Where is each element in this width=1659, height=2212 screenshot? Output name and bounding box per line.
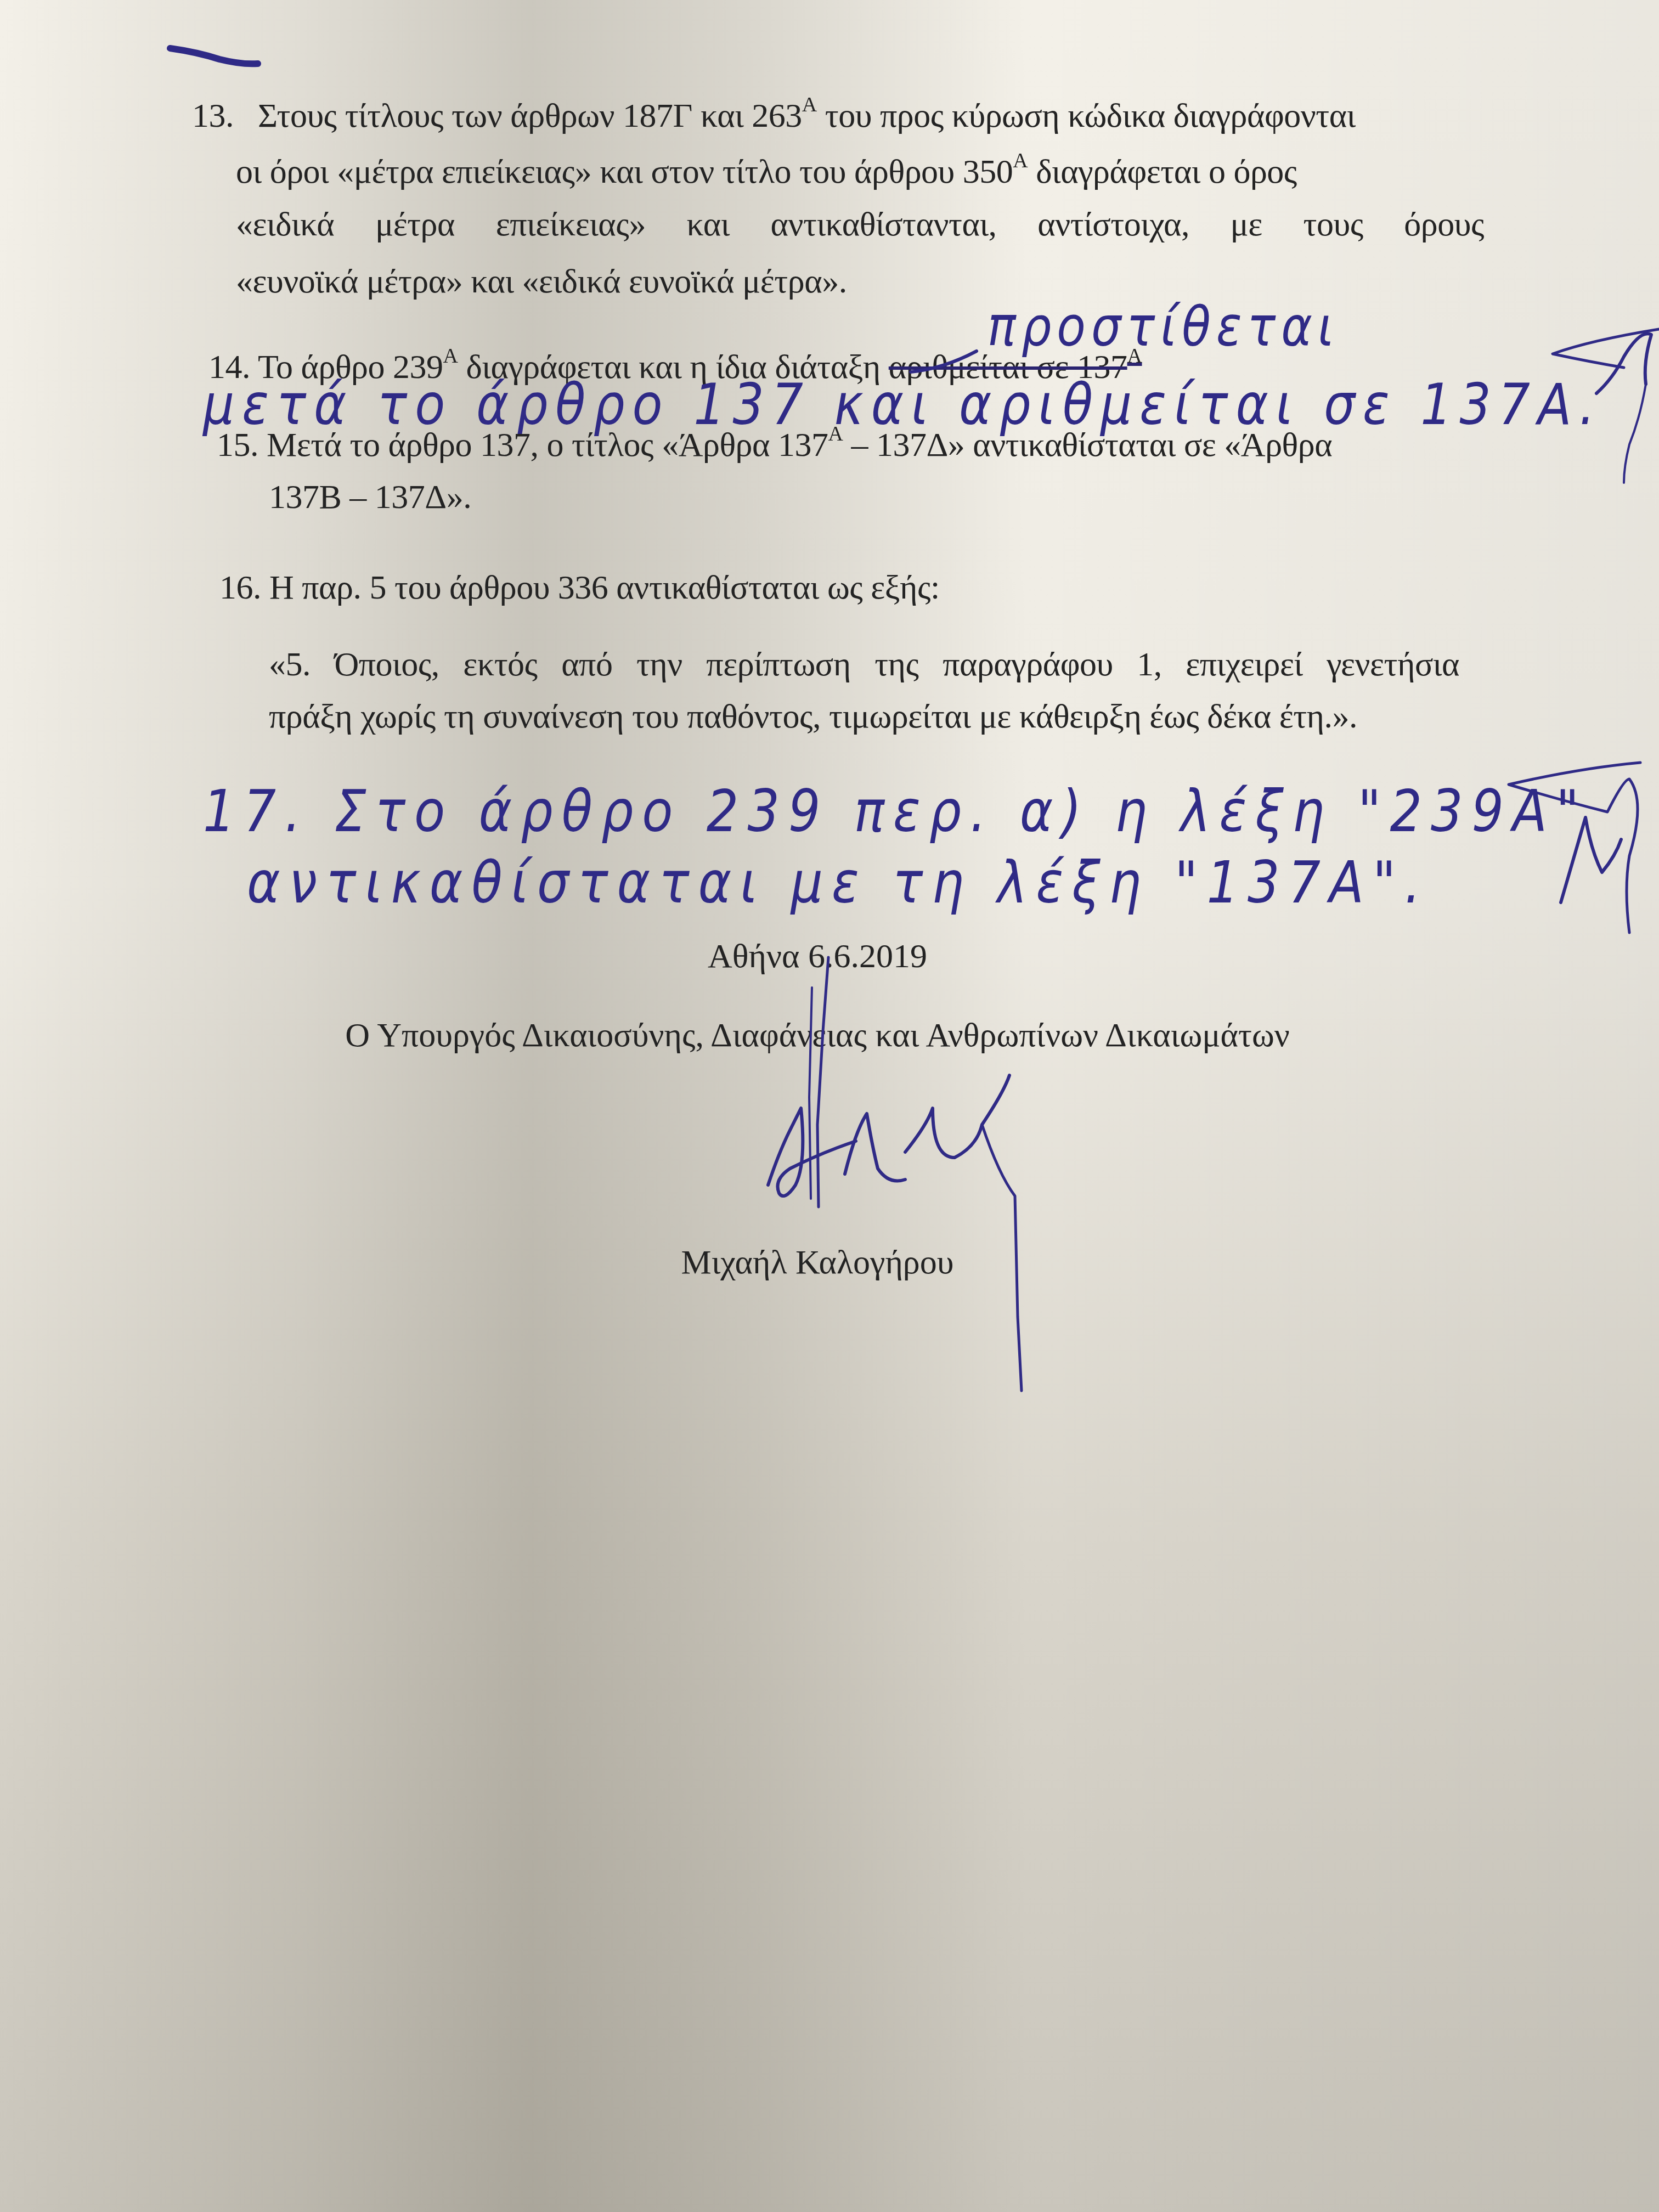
- place-date: Αθήνα 6.6.2019: [0, 939, 1635, 973]
- item-15-line-2: 137Β – 137Δ».: [269, 480, 471, 514]
- item-13-line-1: Στους τίτλους των άρθρων 187Γ και 263Α τ…: [258, 99, 1356, 133]
- item-13-line-3: «ειδικά μέτρα επιείκειας» και αντικαθίστ…: [236, 207, 1484, 241]
- item-16-heading: 16. Η παρ. 5 του άρθρου 336 αντικαθίστατ…: [219, 571, 940, 605]
- signatory-title: Ο Υπουργός Δικαιοσύνης, Διαφάνειας και Α…: [0, 1018, 1635, 1052]
- insert-caret-mark: [0, 0, 1659, 2212]
- pen-mark: [0, 0, 1659, 2212]
- document-page: 13. Στους τίτλους των άρθρων 187Γ και 26…: [0, 0, 1659, 2212]
- handwritten-item-17-line-1: 17. Στο άρθρο 239 περ. α) η λέξη "239Α": [203, 782, 1588, 840]
- signatory-name: Μιχαήλ Καλογήρου: [0, 1245, 1635, 1279]
- handwritten-insert-1: προστίθεται: [988, 300, 1339, 354]
- signature-ink: [0, 0, 1659, 2212]
- item-13-line-4: «ευνοϊκά μέτρα» και «ειδικά ευνοϊκά μέτρ…: [236, 264, 847, 298]
- item-13-number: 13.: [192, 99, 234, 133]
- item-13-line-2: οι όροι «μέτρα επιείκειας» και στον τίτλ…: [236, 155, 1297, 189]
- handwritten-insert-2: μετά το άρθρο 137 και αριθμείται σε 137Α…: [203, 377, 1602, 434]
- item-15-line-1: 15. Μετά το άρθρο 137, ο τίτλος «Άρθρα 1…: [217, 428, 1332, 462]
- handwritten-item-17-line-2: αντικαθίσταται με τη λέξη "137Α".: [247, 854, 1429, 912]
- item-16-quote-line-1: «5. Όποιος, εκτός από την περίπτωση της …: [269, 647, 1459, 681]
- item-16-quote-line-2: πράξη χωρίς τη συναίνεση του παθόντος, τ…: [269, 699, 1357, 733]
